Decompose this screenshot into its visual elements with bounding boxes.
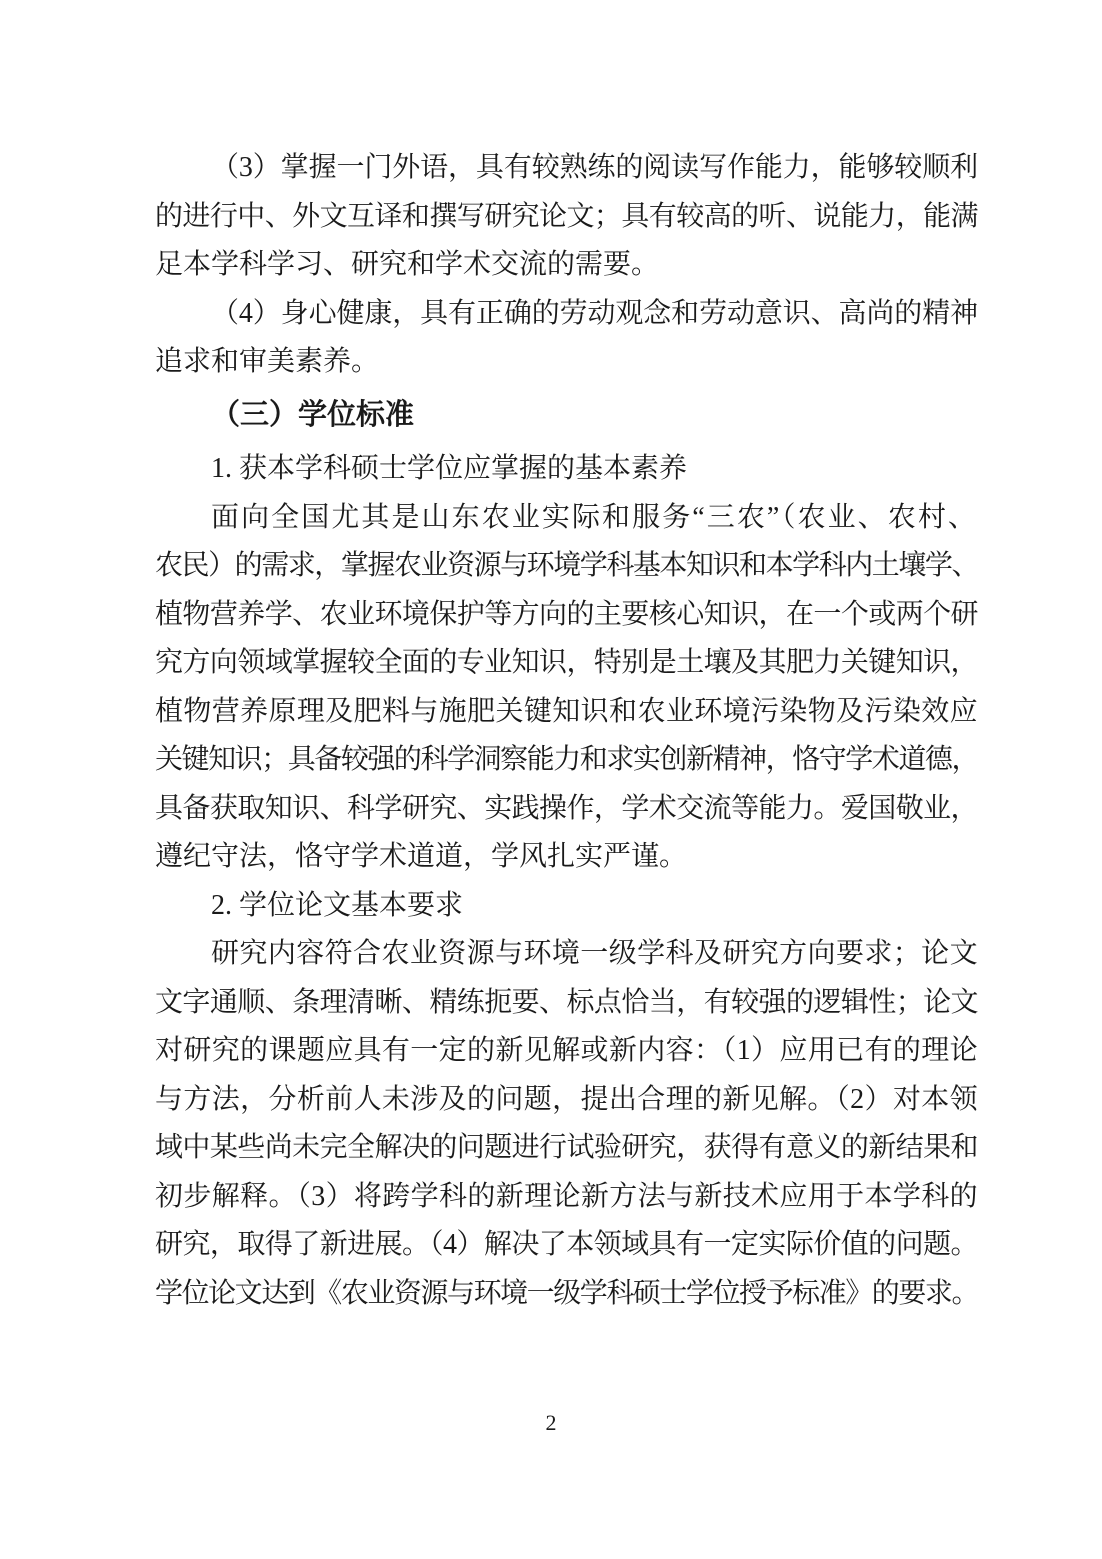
text-line: 研究内容符合农业资源与环境一级学科及研究方向要求；论文: [155, 930, 978, 979]
document-body: （3）掌握一门外语，具有较熟练的阅读写作能力，能够较顺利的进行中、外文互译和撰写…: [155, 144, 978, 1318]
text-line: 的进行中、外文互译和撰写研究论文；具有较高的听、说能力，能满: [155, 193, 978, 242]
text-line: 对研究的课题应具有一定的新见解或新内容：（1）应用已有的理论: [155, 1027, 978, 1076]
text-line: （4）身心健康，具有正确的劳动观念和劳动意识、高尚的精神: [155, 290, 978, 339]
text-line: 追求和审美素养。: [155, 338, 978, 387]
text-line: 1. 获本学科硕士学位应掌握的基本素养: [155, 445, 978, 494]
text-line: 域中某些尚未完全解决的问题进行试验研究，获得有意义的新结果和: [155, 1124, 978, 1173]
page-number: 2: [546, 1410, 557, 1435]
text-line: 初步解释。（3）将跨学科的新理论新方法与新技术应用于本学科的: [155, 1173, 978, 1222]
text-line: 关键知识；具备较强的科学洞察能力和求实创新精神，恪守学术道德，: [155, 736, 978, 785]
text-line: 面向全国尤其是山东农业实际和服务“三农”（农业、农村、: [155, 494, 978, 543]
text-line: （3）掌握一门外语，具有较熟练的阅读写作能力，能够较顺利: [155, 144, 978, 193]
text-line: 文字通顺、条理清晰、精练扼要、标点恰当，有较强的逻辑性；论文: [155, 979, 978, 1028]
text-line: 植物营养原理及肥料与施肥关键知识和农业环境污染物及污染效应: [155, 688, 978, 737]
page-footer: 2: [0, 1408, 1102, 1438]
document-page: （3）掌握一门外语，具有较熟练的阅读写作能力，能够较顺利的进行中、外文互译和撰写…: [0, 0, 1102, 1559]
text-line: 遵纪守法，恪守学术道道，学风扎实严谨。: [155, 833, 978, 882]
text-line: 具备获取知识、科学研究、实践操作，学术交流等能力。爱国敬业，: [155, 785, 978, 834]
text-line: 与方法，分析前人未涉及的问题，提出合理的新见解。（2）对本领: [155, 1076, 978, 1125]
text-line: 2. 学位论文基本要求: [155, 882, 978, 931]
text-line: 究方向领域掌握较全面的专业知识，特别是土壤及其肥力关键知识，: [155, 639, 978, 688]
text-line: 足本学科学习、研究和学术交流的需要。: [155, 241, 978, 290]
text-line: 学位论文达到《农业资源与环境一级学科硕士学位授予标准》的要求。: [155, 1270, 978, 1319]
text-line: 农民）的需求，掌握农业资源与环境学科基本知识和本学科内土壤学、: [155, 542, 978, 591]
text-line: 研究，取得了新进展。（4）解决了本领域具有一定实际价值的问题。: [155, 1221, 978, 1270]
section-heading: （三）学位标准: [155, 391, 978, 440]
text-line: 植物营养学、农业环境保护等方向的主要核心知识，在一个或两个研: [155, 591, 978, 640]
